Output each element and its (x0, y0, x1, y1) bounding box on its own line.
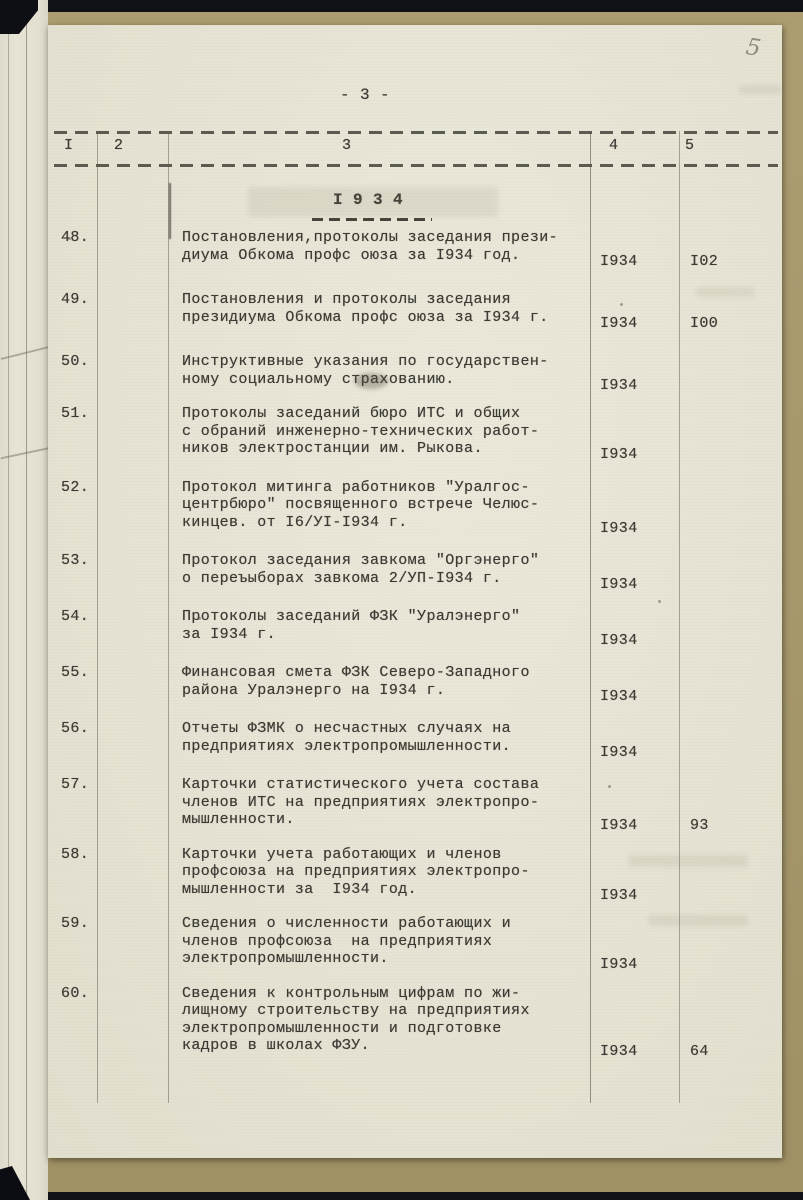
entry-description-line: Карточки статистического учета состава (182, 776, 590, 794)
entry-number: 58. (56, 846, 97, 864)
table-row: 60. Сведения к контрольным цифрам по жи-… (56, 985, 782, 1055)
bleed-through-smudge (248, 187, 498, 217)
scanned-document-sheet: 5 - 3 - I 2 3 4 5 I 9 3 4 48. Постановле… (48, 25, 782, 1158)
entry-description-line: профсоюза на предприятиях электропро- (182, 863, 590, 881)
entry-description-line: диума Обкома профс оюза за I934 год. (182, 247, 590, 265)
entry-number: 55. (56, 664, 97, 682)
entry-year: I934 (590, 956, 679, 974)
entry-pages: 64 (679, 1043, 782, 1061)
entry-description: Сведения о численности работающих и член… (168, 915, 590, 968)
bleed-through-smudge (738, 85, 782, 94)
entry-description: Постановления и протоколы заседания през… (168, 291, 590, 326)
table-header-rule-top (54, 131, 778, 134)
ink-stain (354, 373, 388, 389)
entry-description-line: кадров в школах ФЗУ. (182, 1037, 590, 1055)
entry-description-line: Протоколы заседаний бюро ИТС и общих (182, 405, 590, 423)
dust-speck (658, 600, 661, 603)
table-row: 52. Протокол митинга работников "Уралгос… (56, 479, 782, 532)
entry-number: 60. (56, 985, 97, 1003)
entry-description-line: Финансовая смета ФЗК Северо-Западного (182, 664, 590, 682)
entry-year: I934 (590, 817, 679, 835)
entry-description-line: с обраний инженерно-технических работ- (182, 423, 590, 441)
entry-description: Протокол митинга работников "Уралгос- це… (168, 479, 590, 532)
column-header-2: 2 (114, 137, 123, 154)
entry-description: Протоколы заседаний бюро ИТС и общих с о… (168, 405, 590, 458)
entry-description-line: Сведения к контрольным цифрам по жи- (182, 985, 590, 1003)
column-header-4: 4 (609, 137, 618, 154)
dust-speck (620, 303, 623, 306)
entry-number: 48. (56, 229, 97, 247)
entry-description-line: мышленности. (182, 811, 590, 829)
typed-page-number: - 3 - (310, 86, 420, 104)
entry-description-line: о переъыборах завкома 2/УП-I934 г. (182, 570, 590, 588)
entry-year: I934 (590, 253, 679, 271)
bleed-through-smudge (696, 287, 754, 297)
dust-speck (198, 617, 201, 620)
entry-description-line: членов профсоюза на предприятиях (182, 933, 590, 951)
entry-year: I934 (590, 377, 679, 395)
entry-description-line: кинцев. от I6/УI-I934 г. (182, 514, 590, 532)
entry-pages: 93 (679, 817, 782, 835)
entry-description-line: электропромышленности и подготовке (182, 1020, 590, 1038)
entry-year: I934 (590, 446, 679, 464)
handwritten-sheet-number: 5 (744, 34, 763, 62)
entry-description-line: Постановления и протоколы заседания (182, 291, 590, 309)
bleed-through-smudge (628, 855, 748, 867)
entry-description-line: электропромышленности. (182, 950, 590, 968)
entry-description: Финансовая смета ФЗК Северо-Западного ра… (168, 664, 590, 699)
section-heading-underline (312, 218, 432, 221)
entry-number: 54. (56, 608, 97, 626)
table-row: 51. Протоколы заседаний бюро ИТС и общих… (56, 405, 782, 458)
table-row: 55. Финансовая смета ФЗК Северо-Западног… (56, 664, 782, 699)
entry-year: I934 (590, 887, 679, 905)
entry-description-line: Сведения о численности работающих и (182, 915, 590, 933)
entry-description-line: лищному строительству на предприятиях (182, 1002, 590, 1020)
table-header-rule-bottom (54, 164, 778, 167)
entry-description-line: за I934 г. (182, 626, 590, 644)
entry-description-line: Инструктивные указания по государствен- (182, 353, 590, 371)
entry-number: 56. (56, 720, 97, 738)
entry-description-line: ников электростанции им. Рыкова. (182, 440, 590, 458)
entry-description: Карточки статистического учета состава ч… (168, 776, 590, 829)
entry-number: 52. (56, 479, 97, 497)
entry-description-line: Отчеты ФЗМК о несчастных случаях на (182, 720, 590, 738)
entry-number: 50. (56, 353, 97, 371)
page-edge-line (26, 0, 27, 1200)
entry-number: 57. (56, 776, 97, 794)
entry-year: I934 (590, 1043, 679, 1061)
entry-description-line: членов ИТС на предприятиях электропро- (182, 794, 590, 812)
entry-description-line: Протокол заседания завкома "Оргэнерго" (182, 552, 590, 570)
entry-description: Карточки учета работающих и членов профс… (168, 846, 590, 899)
entry-year: I934 (590, 520, 679, 538)
entry-description-line: Постановления,протоколы заседания прези- (182, 229, 590, 247)
column-header-3: 3 (342, 137, 351, 154)
inventory-entries: 48. Постановления,протоколы заседания пр… (56, 229, 782, 1055)
entry-year: I934 (590, 744, 679, 762)
dust-speck (68, 237, 71, 240)
entry-year: I934 (590, 576, 679, 594)
entry-description: Протоколы заседаний ФЗК "Уралэнерго" за … (168, 608, 590, 643)
table-row: 58. Карточки учета работающих и членов п… (56, 846, 782, 899)
entry-number: 49. (56, 291, 97, 309)
entry-description-line: Протоколы заседаний ФЗК "Уралэнерго" (182, 608, 590, 626)
table-row: 57. Карточки статистического учета соста… (56, 776, 782, 829)
entry-description-line: центрбюро" посвященного встрече Челюс- (182, 496, 590, 514)
table-row: 56. Отчеты ФЗМК о несчастных случаях на … (56, 720, 782, 755)
entry-description-line: предприятиях электропромышленности. (182, 738, 590, 756)
entry-description-line: мышленности за I934 год. (182, 881, 590, 899)
entry-pages: I02 (679, 253, 782, 271)
entry-year: I934 (590, 688, 679, 706)
bleed-through-smudge (648, 915, 748, 926)
entry-number: 51. (56, 405, 97, 423)
entry-description-line: Протокол митинга работников "Уралгос- (182, 479, 590, 497)
table-row: 50. Инструктивные указания по государств… (56, 353, 782, 388)
table-row: 54. Протоколы заседаний ФЗК "Уралэнерго"… (56, 608, 782, 643)
column-header-1: I (64, 137, 73, 154)
entry-description-line: района Уралэнерго на I934 г. (182, 682, 590, 700)
table-row: 53. Протокол заседания завкома "Оргэнерг… (56, 552, 782, 587)
table-row: 49. Постановления и протоколы заседания … (56, 291, 782, 326)
column-header-5: 5 (685, 137, 694, 154)
dust-speck (608, 785, 611, 788)
entry-year: I934 (590, 632, 679, 650)
entry-description: Сведения к контрольным цифрам по жи- лищ… (168, 985, 590, 1055)
entry-pages: I00 (679, 315, 782, 333)
entry-year: I934 (590, 315, 679, 333)
entry-number: 59. (56, 915, 97, 933)
underlying-page-edges (0, 0, 48, 1200)
entry-description-line: президиума Обкома профс оюза за I934 г. (182, 309, 590, 327)
entry-description: Отчеты ФЗМК о несчастных случаях на пред… (168, 720, 590, 755)
table-row: 48. Постановления,протоколы заседания пр… (56, 229, 782, 264)
entry-number: 53. (56, 552, 97, 570)
entry-description-line: Карточки учета работающих и членов (182, 846, 590, 864)
entry-description: Протокол заседания завкома "Оргэнерго" о… (168, 552, 590, 587)
entry-description: Постановления,протоколы заседания прези-… (168, 229, 590, 264)
page-edge-line (8, 0, 9, 1200)
